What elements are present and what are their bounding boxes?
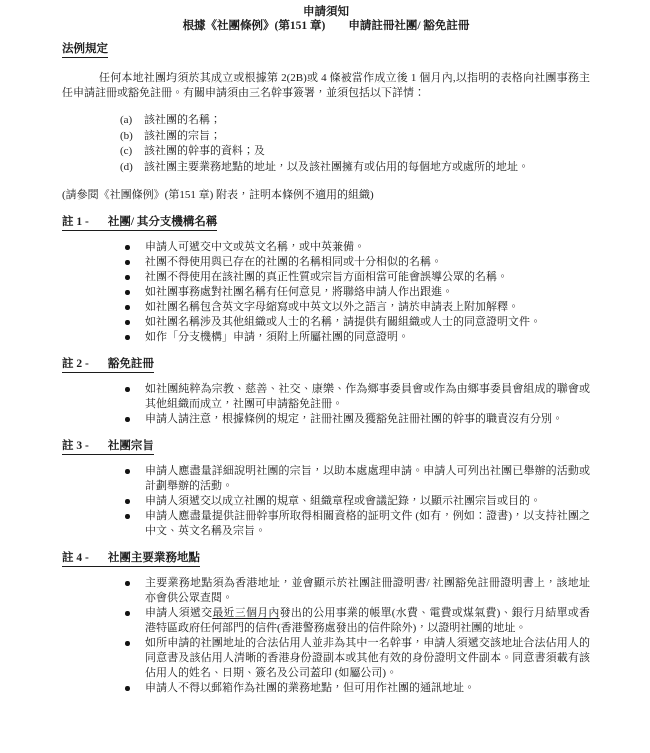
item-text: 該社團的名稱； [144, 113, 590, 129]
bullet-icon [125, 300, 145, 315]
bullet-icon [125, 576, 145, 606]
bullet-text: 如社團名稱包含英文字母縮寫或中英文以外之語言，請於申請表上附加解釋。 [145, 300, 590, 315]
bullet-item: 申請人應盡量提供註冊幹事所取得相關資格的証明文件 (如有，例如：證書)，以支持社… [125, 509, 590, 539]
bullet-icon [125, 636, 145, 681]
bullet-item: 如作「分支機構」申請，須附上所屬社團的同意證明。 [125, 330, 590, 345]
item-label: (c) [120, 144, 144, 160]
bullet-item: 社團不得使用在該社團的真正性質或宗旨方面相當可能會誤導公眾的名稱。 [125, 270, 590, 285]
note-2-heading: 註 2 -豁免註冊 [62, 357, 590, 373]
note-4-bullets: 主要業務地點須為香港地址，並會顯示於社團註冊證明書/ 社團豁免註冊證明書上，該地… [62, 576, 590, 696]
bullet-text: 如所申請的社團地址的合法佔用人並非為其中一名幹事，申請人須遞交該地址合法佔用人的… [145, 636, 590, 681]
note-1-title: 社團/ 其分支機構名稱 [108, 216, 218, 228]
bullet-icon [125, 330, 145, 345]
bullet-icon [125, 382, 145, 412]
list-item-a: (a) 該社團的名稱； [120, 113, 590, 129]
note-3-label: 註 3 - [62, 440, 89, 452]
page-subtitle: 根據《社團條例》(第151 章) 申請註冊社團/ 豁免註冊 [62, 19, 590, 33]
bullet-item: 社團不得使用與已存在的社團的名稱相同或十分相似的名稱。 [125, 255, 590, 270]
bullet-item: 主要業務地點須為香港地址，並會顯示於社團註冊證明書/ 社團豁免註冊證明書上，該地… [125, 576, 590, 606]
note-4-heading: 註 4 -社團主要業務地點 [62, 551, 590, 567]
list-item-b: (b) 該社團的宗旨； [120, 129, 590, 145]
bullet-text: 如社團名稱涉及其他組織或人士的名稱，請提供有關組織或人士的同意證明文件。 [145, 315, 590, 330]
bullet-item: 如社團事務處對社團名稱有任何意見，將聯絡申請人作出跟進。 [125, 285, 590, 300]
bullet-text-pre: 申請人須遞交 [145, 607, 212, 619]
note-2-heading-underline: 註 2 -豁免註冊 [62, 358, 154, 373]
bullet-icon [125, 681, 145, 696]
bullet-item: 如社團純粹為宗教、慈善、社交、康樂、作為鄉事委員會或作為由鄉事委員會組成的聯會或… [125, 382, 590, 412]
bullet-text: 申請人請注意，根據條例的規定，註冊社團及獲豁免註冊社團的幹事的職責沒有分別。 [145, 412, 590, 427]
bullet-text: 社團不得使用與已存在的社團的名稱相同或十分相似的名稱。 [145, 255, 590, 270]
bullet-icon [125, 606, 145, 636]
bullet-icon [125, 315, 145, 330]
bullet-text: 申請人不得以郵箱作為社團的業務地點，但可用作社團的通訊地址。 [145, 681, 590, 696]
note-3-title: 社團宗旨 [108, 440, 154, 452]
note-3-heading: 註 3 -社團宗旨 [62, 439, 590, 455]
note-2-title: 豁免註冊 [108, 358, 154, 370]
bullet-text: 如作「分支機構」申請，須附上所屬社團的同意證明。 [145, 330, 590, 345]
bullet-text-with-underline: 申請人須遞交最近三個月內發出的公用事業的帳單(水費、電費或煤氣費)、銀行月結單或… [145, 606, 590, 636]
bullet-icon [125, 270, 145, 285]
bullet-text: 申請人須遞交以成立社團的規章、組織章程或會議記錄，以顯示社團宗旨或目的。 [145, 494, 590, 509]
note-2-label: 註 2 - [62, 358, 89, 370]
bullet-item: 申請人請注意，根據條例的規定，註冊社團及獲豁免註冊社團的幹事的職責沒有分別。 [125, 412, 590, 427]
item-text: 該社團主要業務地點的地址，以及該社團擁有或佔用的每個地方或處所的地址。 [144, 160, 590, 176]
note-4-title: 社團主要業務地點 [108, 552, 200, 564]
bullet-item: 申請人須遞交以成立社團的規章、組織章程或會議記錄，以顯示社團宗旨或目的。 [125, 494, 590, 509]
list-item-d: (d) 該社團主要業務地點的地址，以及該社團擁有或佔用的每個地方或處所的地址。 [120, 160, 590, 176]
note-3-bullets: 申請人應盡量詳細說明社團的宗旨，以助本處處理申請。申請人可列出社團已舉辦的活動或… [62, 464, 590, 539]
underlined-phrase: 最近三個月內 [212, 607, 279, 619]
bullet-item: 如社團名稱包含英文字母縮寫或中英文以外之語言，請於申請表上附加解釋。 [125, 300, 590, 315]
bullet-item: 申請人可遞交中文或英文名稱，或中英兼備。 [125, 240, 590, 255]
bullet-icon [125, 255, 145, 270]
bullet-item: 申請人應盡量詳細說明社團的宗旨，以助本處處理申請。申請人可列出社團已舉辦的活動或… [125, 464, 590, 494]
bullet-text: 主要業務地點須為香港地址，並會顯示於社團註冊證明書/ 社團豁免註冊證明書上，該地… [145, 576, 590, 606]
page-title: 申請須知 [62, 5, 590, 19]
note-4-label: 註 4 - [62, 552, 89, 564]
note-3-heading-underline: 註 3 -社團宗旨 [62, 440, 154, 455]
note-1-heading: 註 1 -社團/ 其分支機構名稱 [62, 215, 590, 231]
item-text: 該社團的幹事的資料；及 [144, 144, 590, 160]
note-1-label: 註 1 - [62, 216, 89, 228]
bullet-icon [125, 240, 145, 255]
bullet-text: 如社團事務處對社團名稱有任何意見，將聯絡申請人作出跟進。 [145, 285, 590, 300]
legal-detail-list: (a) 該社團的名稱； (b) 該社團的宗旨； (c) 該社團的幹事的資料；及 … [62, 113, 590, 175]
bullet-item: 如所申請的社團地址的合法佔用人並非為其中一名幹事，申請人須遞交該地址合法佔用人的… [125, 636, 590, 681]
bullet-text: 申請人可遞交中文或英文名稱，或中英兼備。 [145, 240, 590, 255]
note-2-bullets: 如社團純粹為宗教、慈善、社交、康樂、作為鄉事委員會或作為由鄉事委員會組成的聯會或… [62, 382, 590, 427]
bullet-item: 申請人須遞交最近三個月內發出的公用事業的帳單(水費、電費或煤氣費)、銀行月結單或… [125, 606, 590, 636]
list-item-c: (c) 該社團的幹事的資料；及 [120, 144, 590, 160]
bullet-text: 申請人應盡量詳細說明社團的宗旨，以助本處處理申請。申請人可列出社團已舉辦的活動或… [145, 464, 590, 494]
schedule-note: (請參閱《社團條例》(第151 章) 附表，註明本條例不適用的組織) [62, 188, 590, 203]
legal-heading-text: 法例規定 [62, 43, 108, 58]
document-page: 申請須知 根據《社團條例》(第151 章) 申請註冊社團/ 豁免註冊 法例規定 … [0, 0, 650, 753]
item-label: (b) [120, 129, 144, 145]
legal-intro-paragraph: 任何本地社團均須於其成立或根據第 2(2B)或 4 條被當作成立後 1 個月內,… [62, 71, 590, 101]
bullet-text: 申請人應盡量提供註冊幹事所取得相關資格的証明文件 (如有，例如：證書)，以支持社… [145, 509, 590, 539]
bullet-icon [125, 412, 145, 427]
item-label: (d) [120, 160, 144, 176]
bullet-text: 社團不得使用在該社團的真正性質或宗旨方面相當可能會誤導公眾的名稱。 [145, 270, 590, 285]
note-1-heading-underline: 註 1 -社團/ 其分支機構名稱 [62, 216, 217, 231]
item-label: (a) [120, 113, 144, 129]
note-1-bullets: 申請人可遞交中文或英文名稱，或中英兼備。 社團不得使用與已存在的社團的名稱相同或… [62, 240, 590, 345]
bullet-icon [125, 464, 145, 494]
bullet-icon [125, 494, 145, 509]
note-4-heading-underline: 註 4 -社團主要業務地點 [62, 552, 200, 567]
bullet-text: 如社團純粹為宗教、慈善、社交、康樂、作為鄉事委員會或作為由鄉事委員會組成的聯會或… [145, 382, 590, 412]
legal-section-heading: 法例規定 [62, 42, 590, 58]
item-text: 該社團的宗旨； [144, 129, 590, 145]
bullet-icon [125, 285, 145, 300]
bullet-icon [125, 509, 145, 539]
bullet-item: 申請人不得以郵箱作為社團的業務地點，但可用作社團的通訊地址。 [125, 681, 590, 696]
bullet-item: 如社團名稱涉及其他組織或人士的名稱，請提供有關組織或人士的同意證明文件。 [125, 315, 590, 330]
